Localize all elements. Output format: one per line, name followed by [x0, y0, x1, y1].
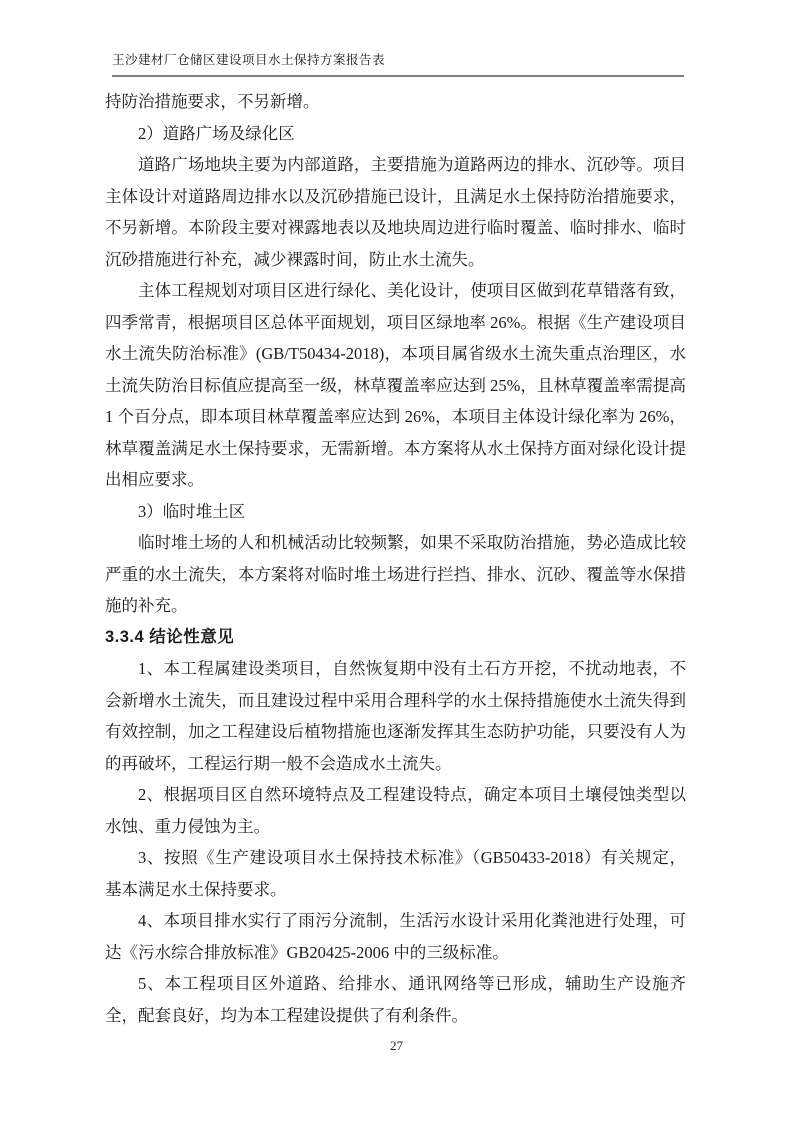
page-number: 27: [0, 1038, 793, 1054]
page-header-title: 王沙建材厂仓储区建设项目水土保持方案报告表: [112, 51, 684, 77]
paragraph-conclusion-2: 2、根据项目区自然环境特点及工程建设特点，确定本项目土壤侵蚀类型以水蚀、重力侵蚀…: [105, 779, 686, 842]
paragraph-greening-plan: 主体工程规划对项目区进行绿化、美化设计，使项目区做到花草错落有致，四季常青，根据…: [105, 275, 686, 496]
document-body: 持防治措施要求，不另新增。 2）道路广场及绿化区 道路广场地块主要为内部道路，主…: [105, 86, 686, 1031]
paragraph-conclusion-4: 4、本项目排水实行了雨污分流制，生活污水设计采用化粪池进行处理，可达《污水综合排…: [105, 905, 686, 968]
paragraph-road-plaza: 道路广场地块主要为内部道路，主要措施为道路两边的排水、沉砂等。项目主体设计对道路…: [105, 149, 686, 275]
paragraph-conclusion-3: 3、按照《生产建设项目水土保持技术标准》（GB50433-2018）有关规定，基…: [105, 842, 686, 905]
subheading-temporary-soil-area: 3）临时堆土区: [105, 496, 686, 528]
paragraph-conclusion-5: 5、本工程项目区外道路、给排水、通讯网络等已形成，辅助生产设施齐全，配套良好，均…: [105, 968, 686, 1031]
document-page: 王沙建材厂仓储区建设项目水土保持方案报告表 持防治措施要求，不另新增。 2）道路…: [0, 0, 793, 1122]
paragraph-temporary-soil: 临时堆土场的人和机械活动比较频繁，如果不采取防治措施，势必造成比较严重的水土流失…: [105, 527, 686, 622]
paragraph-continuation: 持防治措施要求，不另新增。: [105, 86, 686, 118]
subheading-road-plaza-greening: 2）道路广场及绿化区: [105, 118, 686, 150]
paragraph-conclusion-1: 1、本工程属建设类项目，自然恢复期中没有土石方开挖，不扰动地表，不会新增水土流失…: [105, 653, 686, 779]
section-heading-3-3-4: 3.3.4 结论性意见: [105, 622, 686, 654]
